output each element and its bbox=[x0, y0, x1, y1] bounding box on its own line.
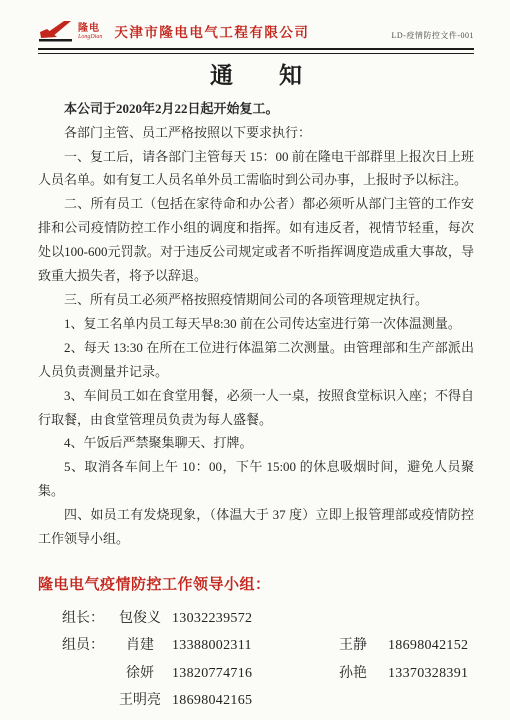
logo-text-en: LongDian bbox=[78, 34, 102, 40]
member-name: 徐妍 bbox=[108, 660, 172, 688]
contact-row-members-2: 徐妍 13820774716 孙艳 13370328391 bbox=[62, 660, 474, 688]
member-phone: 13388002311 bbox=[172, 632, 318, 660]
role-label bbox=[62, 687, 108, 715]
member-name: 王明亮 bbox=[108, 687, 172, 715]
member-name: 孙艳 bbox=[318, 660, 388, 688]
paragraph-intro: 各部门主管、员工严格按照以下要求执行： bbox=[38, 121, 474, 145]
notice-title: 通 知 bbox=[38, 62, 474, 91]
paragraph-rule-3-2: 2、每天 13:30 在所在工位进行体温第二次测量。由管理部和生产部派出人员负责… bbox=[38, 336, 474, 384]
notice-document: 隆电 LongDian 天津市隆电电气工程有限公司 LD-疫情防控文件-001 … bbox=[0, 0, 510, 720]
role-label: 组员： bbox=[62, 632, 108, 660]
paragraph-rule-3: 三、所有员工必须严格按照疫情期间公司的各项管理规定执行。 bbox=[38, 288, 474, 312]
paragraph-resume-date: 本公司于2020年2月22日起开始复工。 bbox=[38, 97, 474, 121]
logo-text-cn: 隆电 bbox=[78, 24, 102, 34]
company-brand: 隆电 LongDian 天津市隆电电气工程有限公司 bbox=[38, 20, 309, 44]
company-name: 天津市隆电电气工程有限公司 bbox=[114, 21, 309, 41]
logo-wordmark: 隆电 LongDian bbox=[78, 24, 102, 44]
leadership-heading: 隆电电气疫情防控工作领导小组： bbox=[38, 573, 474, 594]
paragraph-rule-3-4: 4、午饭后严禁聚集聊天、打牌。 bbox=[38, 431, 474, 455]
member-name bbox=[318, 605, 388, 633]
member-name: 包俊义 bbox=[108, 605, 172, 633]
longdian-logo-icon bbox=[38, 20, 74, 44]
member-phone: 13370328391 bbox=[388, 660, 474, 688]
member-phone: 18698042152 bbox=[388, 632, 474, 660]
member-phone bbox=[388, 687, 474, 715]
role-label bbox=[62, 660, 108, 688]
member-phone: 13032239572 bbox=[172, 605, 318, 633]
notice-body: 本公司于2020年2月22日起开始复工。 各部门主管、员工严格按照以下要求执行：… bbox=[38, 97, 474, 551]
role-label: 组长： bbox=[62, 605, 108, 633]
member-phone: 13820774716 bbox=[172, 660, 318, 688]
member-name: 肖建 bbox=[108, 632, 172, 660]
member-name: 王静 bbox=[318, 632, 388, 660]
contact-row-members-3: 王明亮 18698042165 bbox=[62, 687, 474, 715]
document-number: LD-疫情防控文件-001 bbox=[392, 30, 475, 41]
paragraph-rule-4: 四、如员工有发烧现象，（体温大于 37 度）立即上报管理部或疫情防控工作领导小组… bbox=[38, 503, 474, 551]
member-name bbox=[318, 687, 388, 715]
paragraph-rule-3-5: 5、取消各车间上午 10：00，下午 15:00 的休息吸烟时间，避免人员聚集。 bbox=[38, 455, 474, 503]
letterhead: 隆电 LongDian 天津市隆电电气工程有限公司 LD-疫情防控文件-001 bbox=[38, 20, 474, 44]
paragraph-rule-1: 一、复工后，请各部门主管每天 15：00 前在隆电干部群里上报次日上班人员名单。… bbox=[38, 145, 474, 193]
member-phone: 18698042165 bbox=[172, 687, 318, 715]
leadership-contact-list: 组长： 包俊义 13032239572 组员： 肖建 13388002311 王… bbox=[62, 605, 474, 715]
header-divider bbox=[38, 48, 474, 54]
paragraph-rule-2: 二、所有员工（包括在家待命和办公者）都必须听从部门主管的工作安排和公司疫情防控工… bbox=[38, 192, 474, 288]
contact-row-leader: 组长： 包俊义 13032239572 bbox=[62, 605, 474, 633]
paragraph-rule-3-3: 3、车间员工如在食堂用餐，必须一人一桌，按照食堂标识入座；不得自行取餐，由食堂管… bbox=[38, 384, 474, 432]
member-phone bbox=[388, 605, 474, 633]
contact-row-members-1: 组员： 肖建 13388002311 王静 18698042152 bbox=[62, 632, 474, 660]
paragraph-rule-3-1: 1、复工名单内员工每天早8:30 前在公司传达室进行第一次体温测量。 bbox=[38, 312, 474, 336]
